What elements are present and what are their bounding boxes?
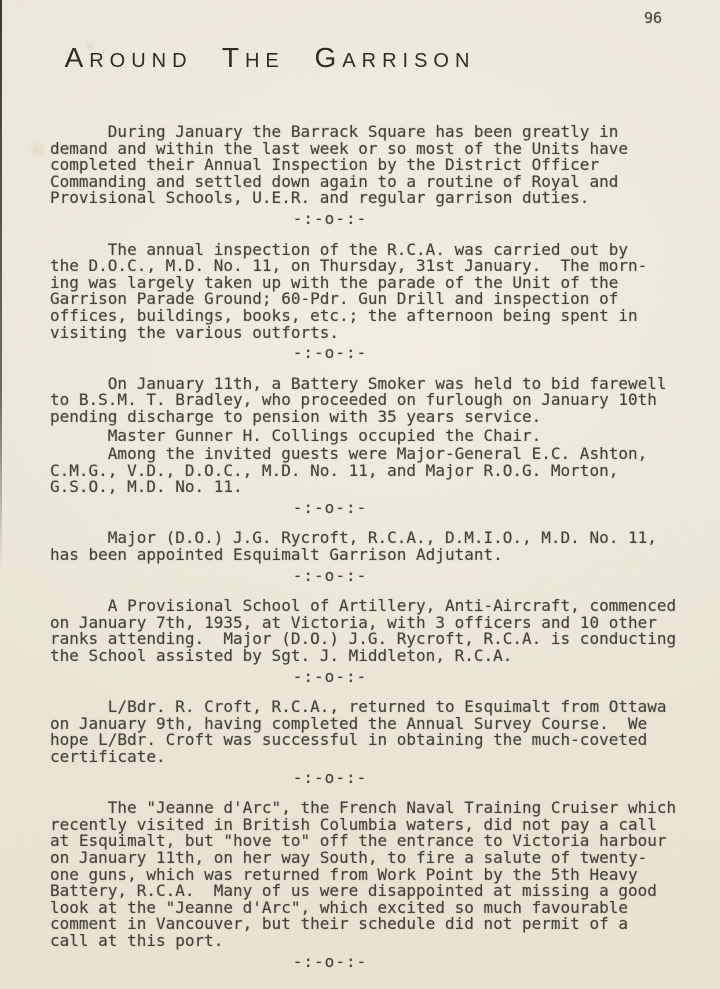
section-separator: -:-o-:- xyxy=(50,500,610,517)
scan-edge-shadow xyxy=(0,0,2,570)
paragraph-survey-course: L/Bdr. R. Croft, R.C.A., returned to Esq… xyxy=(50,699,690,765)
section-separator: -:-o-:- xyxy=(50,669,610,686)
paragraph-rca-inspection: The annual inspection of the R.C.A. was … xyxy=(50,242,690,342)
paragraph-invited-guests: Among the invited guests were Major-Gene… xyxy=(50,446,690,496)
paragraph-jeanne-darc: The "Jeanne d'Arc", the French Naval Tra… xyxy=(50,800,690,949)
paragraph-master-gunner: Master Gunner H. Collings occupied the C… xyxy=(50,428,690,445)
section-separator: -:-o-:- xyxy=(50,954,610,971)
paragraph-barrack-square: During January the Barrack Square has be… xyxy=(50,124,690,207)
section-separator: -:-o-:- xyxy=(50,568,610,585)
page-number: 96 xyxy=(644,9,662,27)
page-title: Around The Garrison xyxy=(0,38,540,78)
section-separator: -:-o-:- xyxy=(50,211,610,228)
paragraph-garrison-adjutant: Major (D.O.) J.G. Rycroft, R.C.A., D.M.I… xyxy=(50,530,690,563)
paragraph-battery-smoker: On January 11th, a Battery Smoker was he… xyxy=(50,376,690,426)
paragraph-provisional-school: A Provisional School of Artillery, Anti-… xyxy=(50,598,690,664)
section-separator: -:-o-:- xyxy=(50,345,610,362)
section-separator: -:-o-:- xyxy=(50,770,610,787)
article-body: During January the Barrack Square has be… xyxy=(50,124,690,970)
document-page: 96 Around The Garrison During January th… xyxy=(0,0,720,989)
